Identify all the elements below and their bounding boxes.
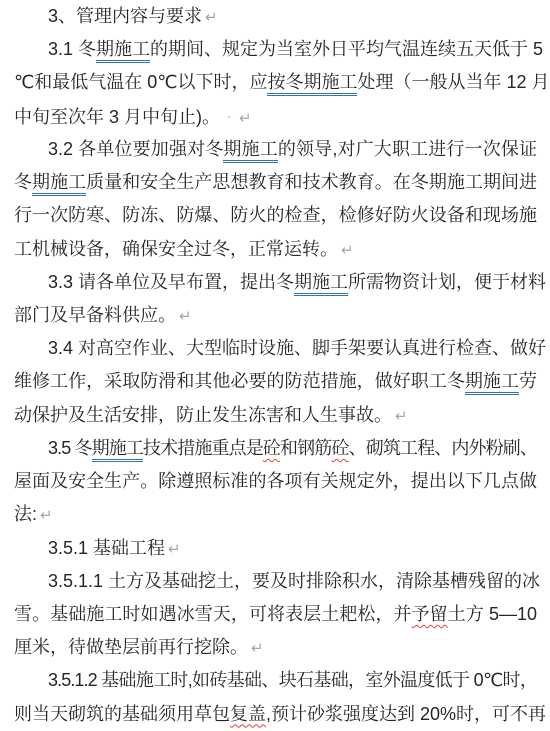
text-run: 雪。基础施工时如遇冰雪天，可将表层土耙松，并 xyxy=(14,604,412,624)
grammar-flagged-text: 期施工 xyxy=(96,39,150,63)
paragraph-mark-icon: ↵ xyxy=(239,110,252,127)
text-run: 的领导,对广大职工进行一次保证 xyxy=(278,139,537,159)
text-line: 屋面及安全生产。除遵照标准的各项有关规定外，提出以下几点做 xyxy=(14,465,537,498)
text-line: 维修工作，采取防滑和其他必要的防范措施，做好职工冬期施工劳 xyxy=(14,365,537,398)
text-run: 、砌筑工程、内外粉刷、 xyxy=(349,438,537,458)
text-line: 3.5.1.2 基础施工时,如砖基础、块石基础，室外温度低于 0℃时， xyxy=(14,664,537,697)
grammar-flagged-text: 按冬期施工 xyxy=(267,72,357,96)
paragraph-mark-icon: ↵ xyxy=(341,242,354,259)
text-run: 工机械设备，确保安全过冬，正常运转。 xyxy=(14,239,338,259)
spell-flagged-text: 砼 xyxy=(263,438,280,458)
text-run: 部门及早备料供应。 xyxy=(14,305,176,325)
text-line: 3.5.1 基础工程↵ xyxy=(14,532,537,565)
text-run: 所需物资计划，便于材料 xyxy=(348,272,546,292)
grammar-flagged-text: 期施工 xyxy=(223,139,277,163)
space-formatting-mark-icon: - xyxy=(227,109,231,123)
text-run: 动保护及生活安排，防止发生冻害和人生事故。 xyxy=(14,405,392,425)
text-run: ℃和最低气温在 0℃以下时，应 xyxy=(14,72,267,92)
grammar-flagged-text: 期施工 xyxy=(32,172,86,196)
text-line: 则当天砌筑的基础须用草包复盖,预计砂浆强度达到 20%时，可不再 xyxy=(14,698,537,731)
text-run: 维修工作，采取防滑和其他必要的防范措施，做好职工冬 xyxy=(14,371,465,391)
text-line: 中旬至次年 3 月中旬止)。-↵ xyxy=(14,100,537,133)
text-run: 行一次防寒、防冻、防爆、防火的检查，检修好防火设备和现场施 xyxy=(14,205,537,225)
spell-flagged-text: 砼 xyxy=(331,438,348,458)
text-line: 工机械设备，确保安全过冬，正常运转。↵ xyxy=(14,233,537,266)
text-line: 3.5 冬期施工技术措施重点是砼和钢筋砼、砌筑工程、内外粉刷、 xyxy=(14,432,537,465)
text-line: 雪。基础施工时如遇冰雪天，可将表层土耙松，并予留土方 5—10 xyxy=(14,598,537,631)
text-run: 冬 xyxy=(14,172,32,192)
text-run: 3.5.1.1 土方及基础挖土，要及时排除积水，清除基槽残留的冰 xyxy=(48,571,540,591)
text-run: 厘米，待做垫层前再行挖除。 xyxy=(14,637,248,657)
paragraph-mark-icon: ↵ xyxy=(179,308,192,325)
text-run: 和钢筋 xyxy=(280,438,331,458)
text-line: 动保护及生活安排，防止发生冻害和人生事故。↵ xyxy=(14,399,537,432)
text-run: 则当天砌筑的基础须用草包 xyxy=(14,704,230,724)
paragraph-mark-icon: ↵ xyxy=(40,507,53,524)
text-line: 3.1 冬期施工的期间、规定为当室外日平均气温连续五天低于 5 xyxy=(14,33,537,66)
text-line: 冬期施工质量和安全生产思想教育和技术教育。在冬期施工期间进 xyxy=(14,166,537,199)
text-run: 3.5.1 基础工程 xyxy=(48,538,165,558)
text-run: 质量和安全生产思想教育和技术教育。在冬期施工期间进 xyxy=(86,172,537,192)
paragraph-mark-icon: ↵ xyxy=(395,408,408,425)
text-line: 部门及早备料供应。↵ xyxy=(14,299,537,332)
text-run: 3.3 请各单位及早布置，提出冬 xyxy=(48,272,294,292)
text-line: ℃和最低气温在 0℃以下时，应按冬期施工处理（一般从当年 12 月 xyxy=(14,66,537,99)
spell-flagged-text: 予留 xyxy=(412,604,448,624)
text-line: 3.4 对高空作业、大型临时设施、脚手架要认真进行检查、做好 xyxy=(14,332,537,365)
text-run: 3、管理内容与要求 xyxy=(48,6,202,26)
text-run: 3.2 各单位要加强对冬 xyxy=(48,139,223,159)
paragraph-mark-icon: ↵ xyxy=(205,9,218,26)
text-run: 3.1 冬 xyxy=(48,39,96,59)
text-line: 法:↵ xyxy=(14,498,537,531)
text-run: 屋面及安全生产。除遵照标准的各项有关规定外，提出以下几点做 xyxy=(14,471,537,491)
grammar-flagged-text: 期施工 xyxy=(465,371,519,395)
text-run: 3.4 对高空作业、大型临时设施、脚手架要认真进行检查、做好 xyxy=(48,338,546,358)
text-run: 处理（一般从当年 12 月 xyxy=(357,72,549,92)
text-line: 行一次防寒、防冻、防爆、防火的检查，检修好防火设备和现场施 xyxy=(14,199,537,232)
grammar-flagged-text: 期施工 xyxy=(294,272,348,296)
text-line: 3.2 各单位要加强对冬期施工的领导,对广大职工进行一次保证 xyxy=(14,133,537,166)
text-run: 3.5.1.2 基础施工时,如砖基础、块石基础，室外温度低于 0℃时， xyxy=(48,670,537,690)
text-line: 厘米，待做垫层前再行挖除。↵ xyxy=(14,631,537,664)
paragraph-mark-icon: ↵ xyxy=(251,640,264,657)
paragraph-mark-icon: ↵ xyxy=(168,541,181,558)
text-line: 3.5.1.1 土方及基础挖土，要及时排除积水，清除基槽残留的冰 xyxy=(14,565,537,598)
text-line: 3、管理内容与要求↵ xyxy=(14,0,537,33)
spell-flagged-text: 复盖 xyxy=(230,704,266,724)
text-run: 中旬至次年 3 月中旬止)。 xyxy=(14,107,220,127)
text-run: 技术措施重点是 xyxy=(143,438,263,458)
text-run: 法: xyxy=(14,504,37,524)
document-body: 3、管理内容与要求↵3.1 冬期施工的期间、规定为当室外日平均气温连续五天低于 … xyxy=(14,0,537,731)
text-line: 3.3 请各单位及早布置，提出冬期施工所需物资计划，便于材料 xyxy=(14,266,537,299)
text-run: 土方 5—10 xyxy=(448,604,537,624)
document-page: 3、管理内容与要求↵3.1 冬期施工的期间、规定为当室外日平均气温连续五天低于 … xyxy=(0,0,550,731)
text-run: 的期间、规定为当室外日平均气温连续五天低于 5 xyxy=(150,39,543,59)
text-run: 劳 xyxy=(519,371,537,391)
text-run: ,预计砂浆强度达到 20%时，可不再 xyxy=(266,704,546,724)
grammar-flagged-text: 期施工 xyxy=(92,438,143,462)
text-run: 3.5 冬 xyxy=(48,438,92,458)
